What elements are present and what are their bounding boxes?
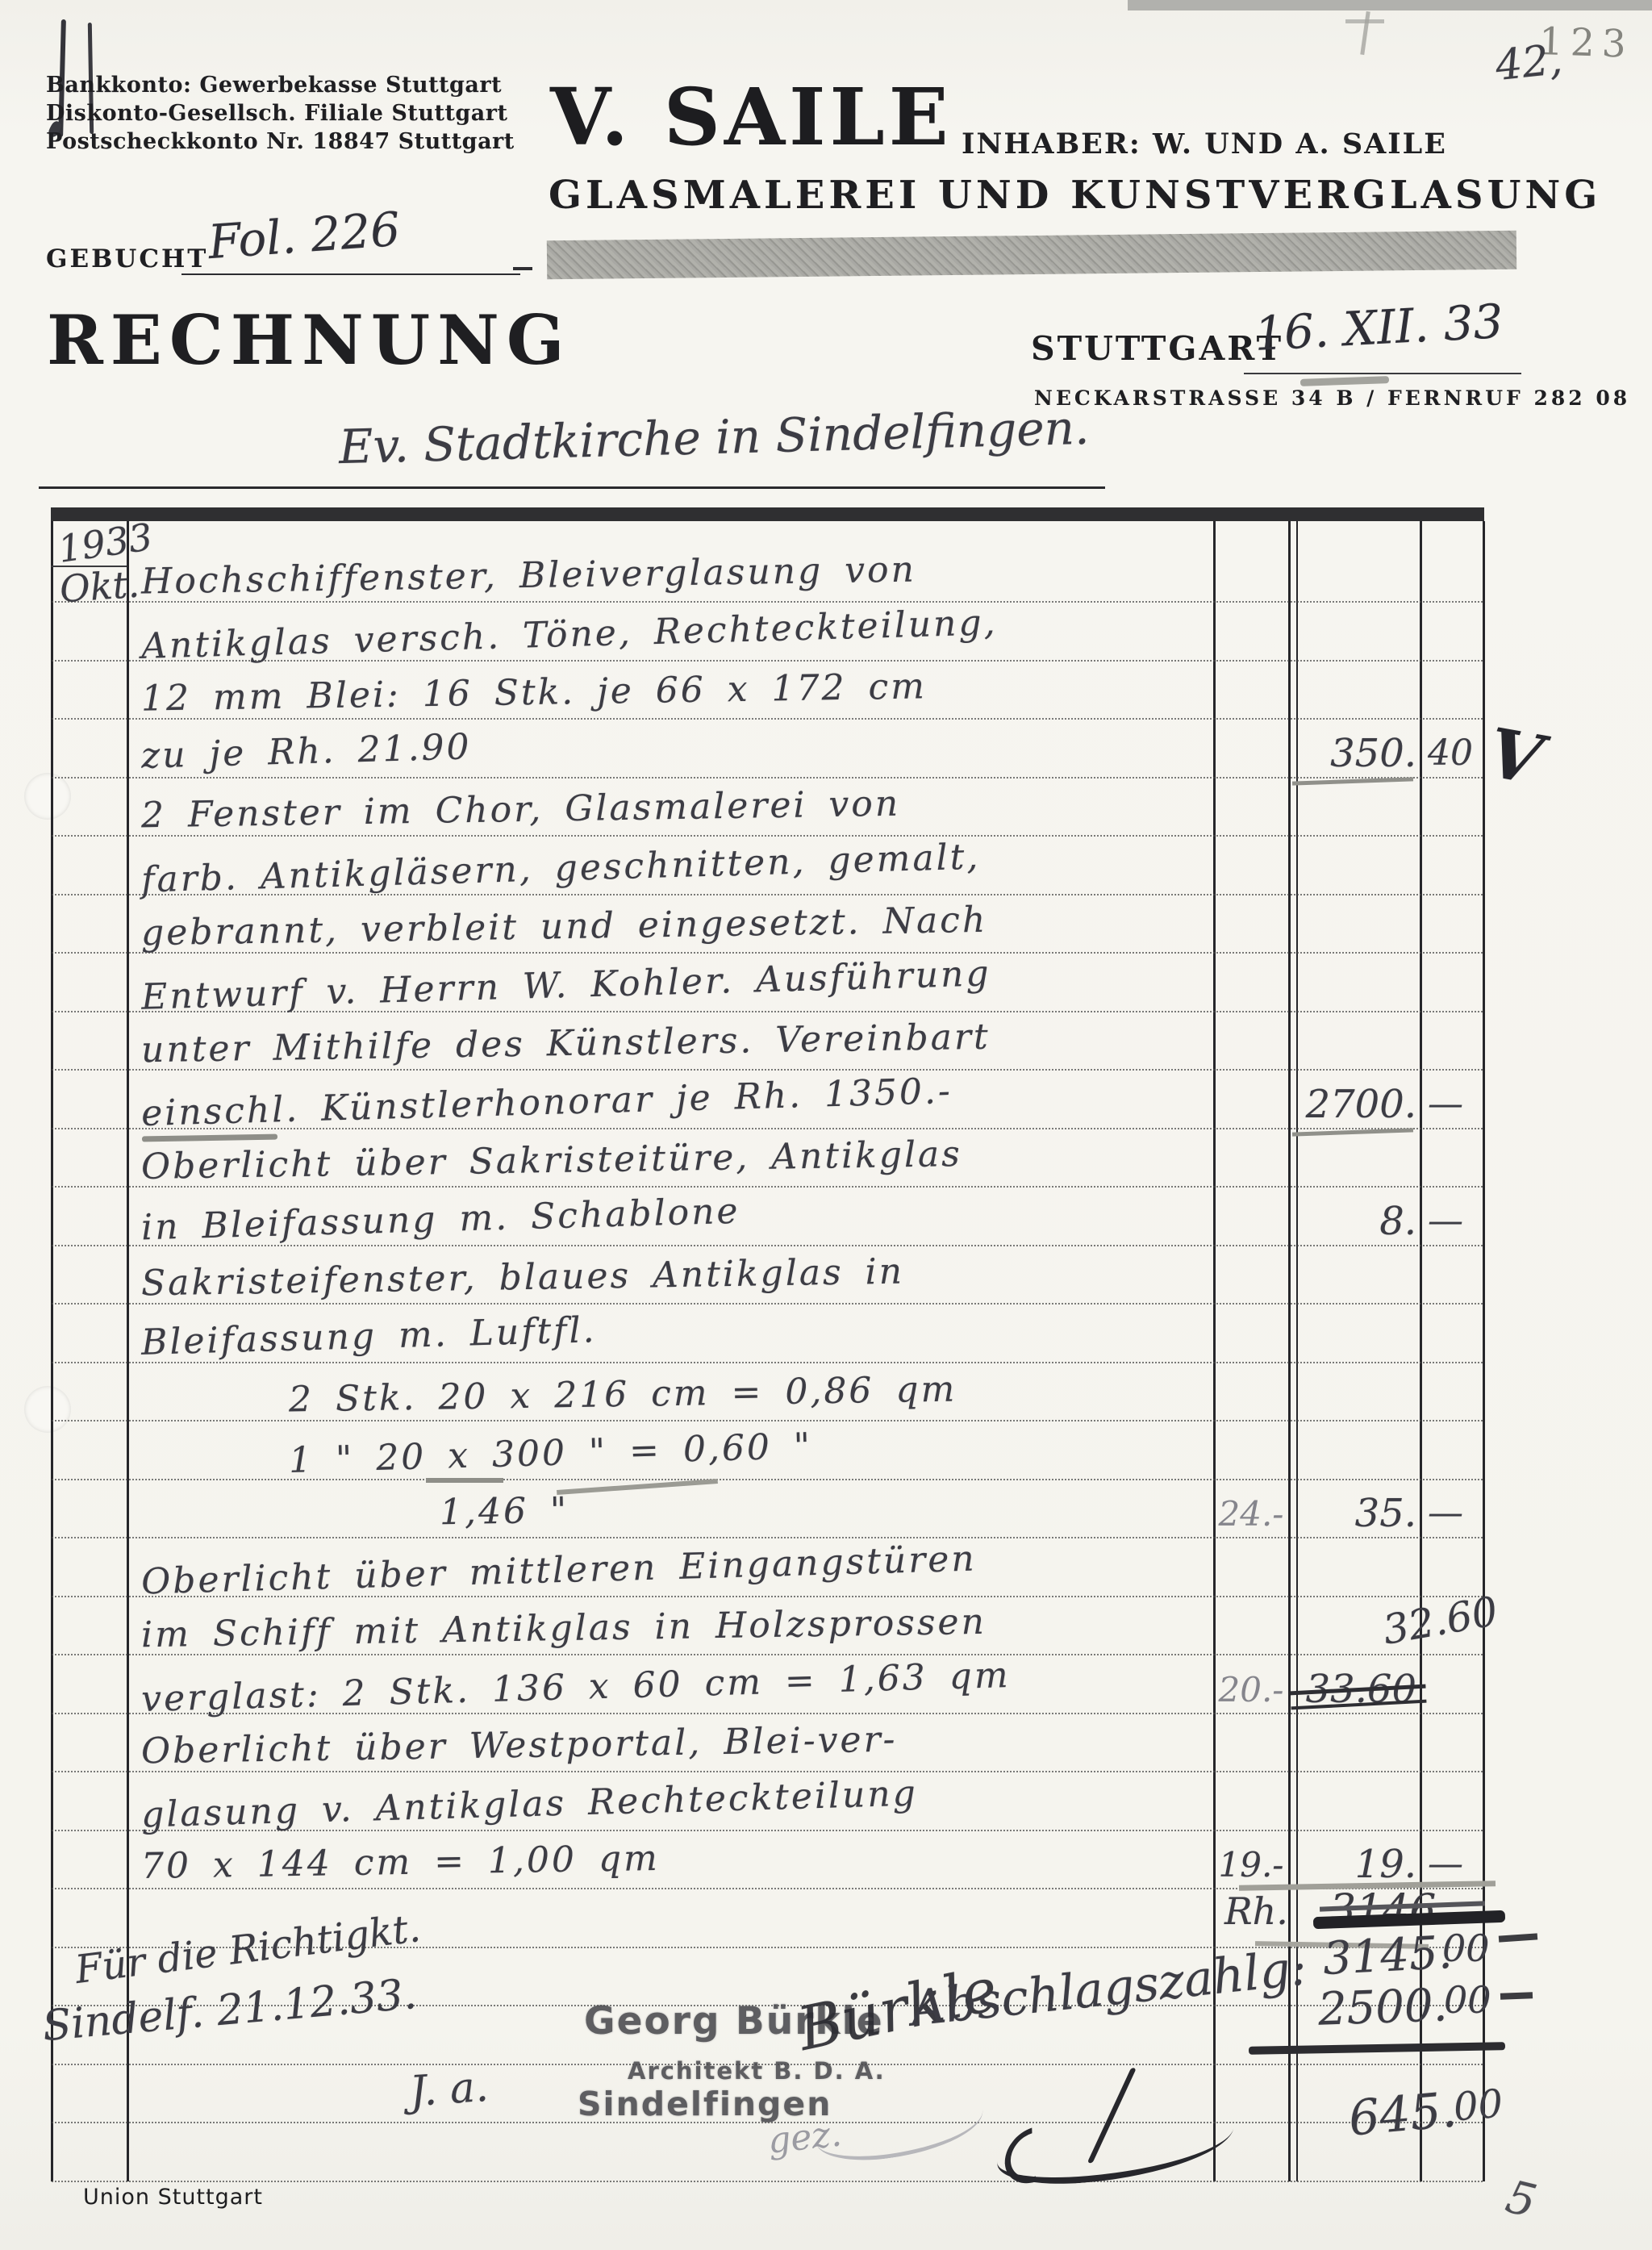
invoice-line: 12 mm Blei: 16 Stk. je 66 x 172 cm <box>0 672 1652 730</box>
initials-handwritten: J. a. <box>408 2063 490 2117</box>
line-text-handwritten: Oberlicht über Westportal, Blei-ver- <box>141 1719 898 1772</box>
table-top-bar <box>51 507 1484 521</box>
struck-subtotal-currency: Rh. <box>1224 1889 1288 1933</box>
line-text-handwritten: 2 Stk. 20 x 216 cm = 0,86 qm <box>289 1368 957 1420</box>
bank-line: Postscheckkonto Nr. 18847 Stuttgart <box>46 127 515 156</box>
invoice-line: Hochschiffenster, Bleiverglasung von <box>0 555 1652 613</box>
invoice-line: Antikglas versch. Töne, Rechteckteilung, <box>0 614 1652 672</box>
architect-stamp-title: Architekt B. D. A. <box>628 2057 886 2085</box>
amount-handwritten: 350. <box>1287 731 1420 776</box>
bank-details: Bankkonto: Gewerbekasse Stuttgart Diskon… <box>46 71 515 156</box>
document-title: RECHNUNG <box>47 300 572 380</box>
scan-edge-band <box>1128 0 1652 10</box>
recipient-rule <box>39 486 1105 489</box>
owner-line: INHABER: W. UND A. SAILE <box>962 127 1447 161</box>
pfennig-handwritten: — <box>1428 1843 1481 1885</box>
letterhead-bar <box>547 231 1516 280</box>
abschlag-label-handwritten: Abschlagszahlg: <box>908 1939 1309 2037</box>
line-text-handwritten: Sakristeifenster, blaues Antikglas in <box>141 1251 905 1304</box>
bank-line: Bankkonto: Gewerbekasse Stuttgart <box>46 71 515 99</box>
invoice-line: Oberlicht über mittleren Eingangstüren <box>0 1550 1652 1608</box>
invoice-line: 1,46 "24.-35.— <box>0 1491 1652 1549</box>
balance-amount-pf: 00 <box>1452 2081 1505 2130</box>
pencil-underline <box>426 1478 503 1483</box>
ink-dash <box>513 267 532 270</box>
address-line: NECKARSTRASSE 34 B / FERNRUF 282 08 <box>1034 386 1630 410</box>
pfennig-handwritten: 40 <box>1428 733 1481 774</box>
invoice-line: Bleifassung m. Luftfl. <box>0 1316 1652 1374</box>
company-name: V. SAILE <box>550 71 953 163</box>
invoice-line: 2 Fenster im Chor, Glasmalerei von <box>0 789 1652 847</box>
line-text-handwritten: 1,46 " <box>440 1490 569 1534</box>
line-text-handwritten: zu je Rh. 21.90 <box>140 726 472 776</box>
stamp-smudge <box>1345 19 1384 23</box>
stamp-smudge <box>1360 11 1370 55</box>
invoice-line: Entwurf v. Herrn W. Kohler. Ausführung <box>0 965 1652 1023</box>
amount-handwritten: 35. <box>1287 1491 1420 1536</box>
invoice-line: unter Mithilfe des Künstlers. Vereinbart <box>0 1023 1652 1081</box>
abschlag-amount: 2500. <box>1317 1979 1448 2036</box>
signature-scrawl-dark <box>991 2099 1240 2190</box>
invoice-line: Oberlicht über Sakristeitüre, Antikglas <box>0 1140 1652 1198</box>
pencil-underline <box>1292 1128 1413 1136</box>
line-text-handwritten: 12 mm Blei: 16 Stk. je 66 x 172 cm <box>141 666 928 719</box>
pfennig-handwritten: — <box>1428 1083 1481 1125</box>
pfennig-handwritten: — <box>1428 1200 1481 1242</box>
invoice-line: 2 Stk. 20 x 216 cm = 0,86 qm <box>0 1374 1652 1432</box>
invoice-line: glasung v. Antikglas Rechteckteilung <box>0 1784 1652 1842</box>
invoice-line: 1 " 20 x 300 " = 0,60 " <box>0 1433 1652 1491</box>
recipient-line-handwritten: Ev. Stadtkirche in Sindelfingen. <box>338 400 1090 474</box>
signature-scrawl-light <box>811 2085 987 2168</box>
printer-note: Union Stuttgart <box>83 2185 263 2210</box>
line-text-handwritten: in Bleifassung m. Schablone <box>140 1190 740 1248</box>
total-gross-pf: 00 <box>1442 1926 1490 1970</box>
pencil-underline <box>1292 777 1413 785</box>
total-rule <box>1249 2042 1505 2055</box>
invoice-date-handwritten: 16. XII. 33 <box>1253 294 1504 361</box>
city-label: STUTTGART <box>1031 329 1283 368</box>
invoice-scan-page: Bankkonto: Gewerbekasse Stuttgart Diskon… <box>0 0 1652 2250</box>
unit-price-handwritten: 19.- <box>1216 1845 1286 1885</box>
unit-price-handwritten: 20.- <box>1216 1670 1286 1709</box>
line-text-handwritten: im Schiff mit Antikglas in Holzsprossen <box>141 1601 987 1655</box>
ruled-line <box>52 2181 1483 2182</box>
date-rule <box>1244 373 1521 374</box>
amount-handwritten: 2700. <box>1287 1082 1420 1127</box>
total-gross: 3145. <box>1321 1926 1454 1985</box>
pfennig-handwritten: — <box>1428 1492 1481 1534</box>
margin-dash <box>1499 1933 1537 1942</box>
line-text-handwritten: 70 x 144 cm = 1,00 qm <box>141 1838 661 1887</box>
invoice-line: Oberlicht über Westportal, Blei-ver- <box>0 1725 1652 1783</box>
line-text-handwritten: Oberlicht über Sakristeitüre, Antikglas <box>141 1133 963 1188</box>
pencil-smudge <box>1300 376 1389 386</box>
margin-dash <box>1500 1992 1533 1999</box>
amount-handwritten: 19. <box>1287 1842 1420 1887</box>
abschlag-amount-pf: 00 <box>1444 1978 1491 2022</box>
invoice-line: einschl. Künstlerhonorar je Rh. 1350.-27… <box>0 1082 1652 1140</box>
invoice-line: Sakristeifenster, blaues Antikglas in <box>0 1257 1652 1315</box>
invoice-line: farb. Antikgläsern, geschnitten, gemalt, <box>0 848 1652 906</box>
invoice-line: in Bleifassung m. Schablone8.— <box>0 1199 1652 1257</box>
line-text-handwritten: 1 " 20 x 300 " = 0,60 " <box>288 1425 812 1480</box>
balance-amount: 645. <box>1346 2081 1458 2147</box>
business-line: GLASMALEREI UND KUNSTVERGLASUNG <box>549 173 1601 218</box>
folio-number-handwritten: Fol. 226 <box>206 202 402 269</box>
gebucht-label: GEBUCHT <box>46 244 208 273</box>
invoice-line: gebrannt, verbleit und eingesetzt. Nach <box>0 906 1652 964</box>
unit-price-handwritten: 24.- <box>1216 1494 1286 1534</box>
invoice-line: zu je Rh. 21.90350.40 <box>0 731 1652 789</box>
gebucht-rule <box>181 273 520 275</box>
pencil-number-handwritten: 42, <box>1493 35 1565 90</box>
amount-handwritten: 8. <box>1287 1199 1420 1244</box>
line-text-handwritten: Bleifassung m. Luftfl. <box>140 1309 597 1363</box>
invoice-line: verglast: 2 Stk. 136 x 60 cm = 1,63 qm20… <box>0 1667 1652 1725</box>
margin-mark-handwritten: 5 <box>1501 2171 1541 2229</box>
bank-line: Diskonto-Gesellsch. Filiale Stuttgart <box>46 99 515 127</box>
line-text-handwritten: 2 Fenster im Chor, Glasmalerei von <box>141 783 901 837</box>
line-text-handwritten: Hochschiffenster, Bleiverglasung von <box>141 549 917 602</box>
line-text-handwritten: unter Mithilfe des Künstlers. Vereinbart <box>141 1016 991 1071</box>
line-text-handwritten: gebrannt, verbleit und eingesetzt. Nach <box>141 900 988 954</box>
